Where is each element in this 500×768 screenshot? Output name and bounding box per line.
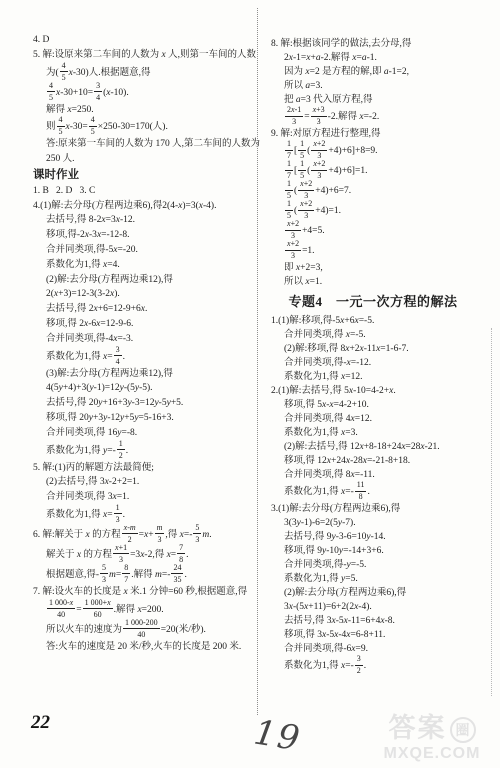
fraction: x+23 — [285, 240, 301, 260]
text-line: 1.(1)解:移项,得-5x+6x=-5. — [271, 314, 475, 328]
fraction: x+23 — [285, 220, 301, 240]
text-line: 移项,得 5x-x=4-2+10. — [284, 398, 475, 412]
text-line: 去括号,得 8-2x=3x-12. — [46, 213, 257, 228]
circle-badge-icon: 圈 — [450, 717, 476, 743]
text-line: 答:火车的速度是 20 米/秒,火车的长度是 200 米. — [46, 640, 257, 655]
text-line: 系数化为1,得 y=-12. — [46, 441, 257, 461]
fraction: 1 000+x60 — [83, 599, 113, 619]
text-line: 17[15(x+23+4)+6]=1. — [284, 161, 475, 181]
text-line: 所以 a=3. — [284, 79, 475, 93]
fraction: 1 000-x40 — [47, 599, 75, 619]
text-line: 合并同类项,得 8x=-11. — [284, 468, 475, 482]
fraction: 17 — [285, 160, 293, 180]
text-line: 所以火车的速度为1 000-20040=20(米/秒). — [46, 620, 257, 640]
text-line: 系数化为1,得 x=4. — [46, 258, 257, 273]
text-line: (2)解:移项,得 8x+2x-11x=1-6-7. — [284, 342, 475, 356]
text-line: 3.(1)解:去分母(方程两边乘6),得 — [271, 502, 475, 516]
text-line: 移项,得 9y-10y=-14+3+6. — [284, 544, 475, 558]
text-line: 去括号,得 3x-5x-11=6+4x-8. — [284, 614, 475, 628]
fraction: x+23 — [298, 180, 314, 200]
text-line: 3x-(5x+11)=6+2(2x-4). — [284, 600, 475, 614]
fraction: 45 — [89, 116, 97, 136]
fraction: 87 — [122, 564, 130, 584]
fraction: 118 — [355, 481, 367, 501]
text-line: 专题4 一元一次方程的解法 — [271, 295, 475, 309]
text-line: 移项,得 20y+3y-12y+5y=5-16+3. — [46, 411, 257, 426]
text-line: 系数化为1,得 x=3. — [284, 426, 475, 440]
text-line: 17[15(x+23+4)+6]+8=9. — [284, 141, 475, 161]
text-line: 4. D — [33, 33, 257, 48]
text-line: 所以 x=1. — [284, 275, 475, 289]
fraction: 15 — [285, 200, 293, 220]
text-line: 4.(1)解:去分母(方程两边乘6),得2(4-x)=3(x-4). — [33, 199, 257, 214]
text-line: 根据题意,得-53m=87.解得 m=-2435. — [46, 565, 257, 585]
fraction: x+23 — [298, 200, 314, 220]
text-line: 移项,得 12x+24x-28x=-21-8+18. — [284, 454, 475, 468]
text-line: (2)解:去分母(方程两边乘12),得 — [46, 273, 257, 288]
fraction: 45 — [47, 82, 55, 102]
text-line: 即 x+2=3, — [284, 261, 475, 275]
text-line: 解得 x=250. — [46, 103, 257, 118]
text-line: 45x-30+10=34(x-10). — [46, 83, 257, 103]
text-line: 1 000-x40=1 000+x60.解得 x=200. — [46, 600, 257, 620]
page-edge-dotted-line — [491, 328, 492, 696]
text-line: x+23=1. — [284, 241, 475, 261]
column-divider-dotted-line — [257, 8, 258, 715]
text-line: 移项,得-2x-3x=-12-8. — [46, 228, 257, 243]
fraction: 34 — [114, 346, 122, 366]
text-line: 合并同类项,得-6x=9. — [284, 642, 475, 656]
text-line: 8. 解:根据该同学的做法,去分母,得 — [271, 37, 475, 51]
fraction: 13 — [114, 504, 122, 524]
text-line: 合并同类项,得-x=-12. — [284, 356, 475, 370]
text-line: 答:原来第一车间的人数为 170 人,第二车间的人数为 — [46, 137, 257, 152]
fraction: 32 — [355, 655, 363, 675]
text-line: 4(5y+4)+3(y-1)=12y-(5y-5). — [46, 381, 257, 396]
fraction: x+23 — [311, 140, 327, 160]
fraction: 17 — [285, 140, 293, 160]
text-line: 3(3y-1)-6=2(5y-7). — [284, 516, 475, 530]
fraction: 12 — [117, 440, 125, 460]
text-line: 合并同类项,得 x=-5. — [284, 328, 475, 342]
text-line: 2x-13=x+33-2.解得 x=-2. — [284, 107, 475, 127]
text-line: 移项,得 3x-5x-4x=6-8+11. — [284, 628, 475, 642]
text-line: 因为 x=2 是方程的解,即 a-1=2, — [284, 65, 475, 79]
workbook-answer-page: 4. D5. 解:设原来第二车间的人数为 x 人,则第一车间的人数为(45x-3… — [0, 0, 500, 768]
text-line: (2)去括号,得 3x-2+2=1. — [46, 475, 257, 490]
fraction: 2435 — [171, 564, 183, 584]
text-line: (2)解:去括号,得 12x+8-18+24x=28x-21. — [284, 440, 475, 454]
text-line: 15(x+23+4)+6=7. — [284, 181, 475, 201]
text-line: 合并同类项,得 3x=1. — [46, 490, 257, 505]
text-line: 6. 解:解关于 x 的方程x-m2=x+m3,得 x=-53m. — [33, 525, 257, 545]
text-line: 去括号,得 20y+16+3y-3=12y-5y+5. — [46, 396, 257, 411]
text-line: 为(45x-30)人.根据题意,得 — [46, 63, 257, 83]
text-line: 1. B 2. D 3. C — [33, 184, 257, 199]
handwritten-mark: 19 — [251, 713, 304, 760]
fraction: 15 — [285, 180, 293, 200]
text-line: 移项,得 2x-6x=12-9-6. — [46, 317, 257, 332]
text-line: 系数化为1,得 x=34. — [46, 347, 257, 367]
watermark-brand: 答案圈 — [366, 714, 498, 743]
text-line: 去括号,得 2x+6=12-9+6x. — [46, 302, 257, 317]
text-line: 2.(1)解:去括号,得 5x-10=4-2+x. — [271, 384, 475, 398]
text-line: 合并同类项,得-4x=-3. — [46, 332, 257, 347]
fraction: 15 — [298, 140, 306, 160]
fraction: x+13 — [113, 544, 129, 564]
text-line: 系数化为1,得 x=-32. — [284, 656, 475, 676]
fraction: 78 — [177, 544, 185, 564]
text-line: 解关于 x 的方程x+13=3x-2,得 x=78. — [46, 545, 257, 565]
text-line: 系数化为1,得 x=12. — [284, 370, 475, 384]
right-text-column: 8. 解:根据该同学的做法,去分母,得2x-1=x+a-2.解得 x=a-1.因… — [271, 37, 475, 676]
text-line: (2)解:去分母(方程两边乘6),得 — [284, 586, 475, 600]
fraction: 53 — [100, 564, 108, 584]
fraction: 53 — [193, 524, 201, 544]
text-line: 2x-1=x+a-2.解得 x=a-1. — [284, 51, 475, 65]
text-line: 系数化为1,得 x=-118. — [284, 482, 475, 502]
fraction: 15 — [298, 160, 306, 180]
text-line: 去括号,得 9y-3-6=10y-14. — [284, 530, 475, 544]
text-line: 课时作业 — [33, 168, 257, 183]
fraction: x+33 — [311, 106, 327, 126]
fraction: x+23 — [311, 160, 327, 180]
text-line: 5. 解:设原来第二车间的人数为 x 人,则第一车间的人数 — [33, 48, 257, 63]
text-line: 系数化为1,得 y=5. — [284, 572, 475, 586]
text-line: 250 人. — [46, 152, 257, 167]
fraction: 2x-13 — [285, 106, 303, 126]
page-number: 22 — [31, 712, 50, 734]
text-line: 合并同类项,得 4x=12. — [284, 412, 475, 426]
watermark-site: MXQE.COM — [366, 745, 498, 763]
fraction: 45 — [57, 116, 65, 136]
text-line: 5. 解:(1)丙的解题方法最简便; — [33, 461, 257, 476]
left-text-column: 4. D5. 解:设原来第二车间的人数为 x 人,则第一车间的人数为(45x-3… — [33, 33, 257, 655]
text-line: 合并同类项,得-5x=-20. — [46, 243, 257, 258]
text-line: 2(x+3)=12-3(3-2x). — [46, 287, 257, 302]
text-line: (3)解:去分母(方程两边乘12),得 — [46, 367, 257, 382]
text-line: 15(x+23+4)=1. — [284, 201, 475, 221]
watermark-logo: 答案圈 MXQE.COM — [366, 714, 498, 763]
fraction: x-m2 — [122, 524, 138, 544]
fraction: 1 000-20040 — [123, 619, 160, 639]
text-line: 系数化为1,得 x=13. — [46, 505, 257, 525]
text-line: x+23+4=5. — [284, 221, 475, 241]
fraction: m3 — [155, 524, 165, 544]
text-line: 合并同类项,得 16y=-8. — [46, 426, 257, 441]
fraction: 34 — [94, 82, 102, 102]
fraction: 45 — [60, 62, 68, 82]
text-line: 则45x-30=45×250-30=170(人). — [46, 117, 257, 137]
text-line: 合并同类项,得-y=-5. — [284, 558, 475, 572]
